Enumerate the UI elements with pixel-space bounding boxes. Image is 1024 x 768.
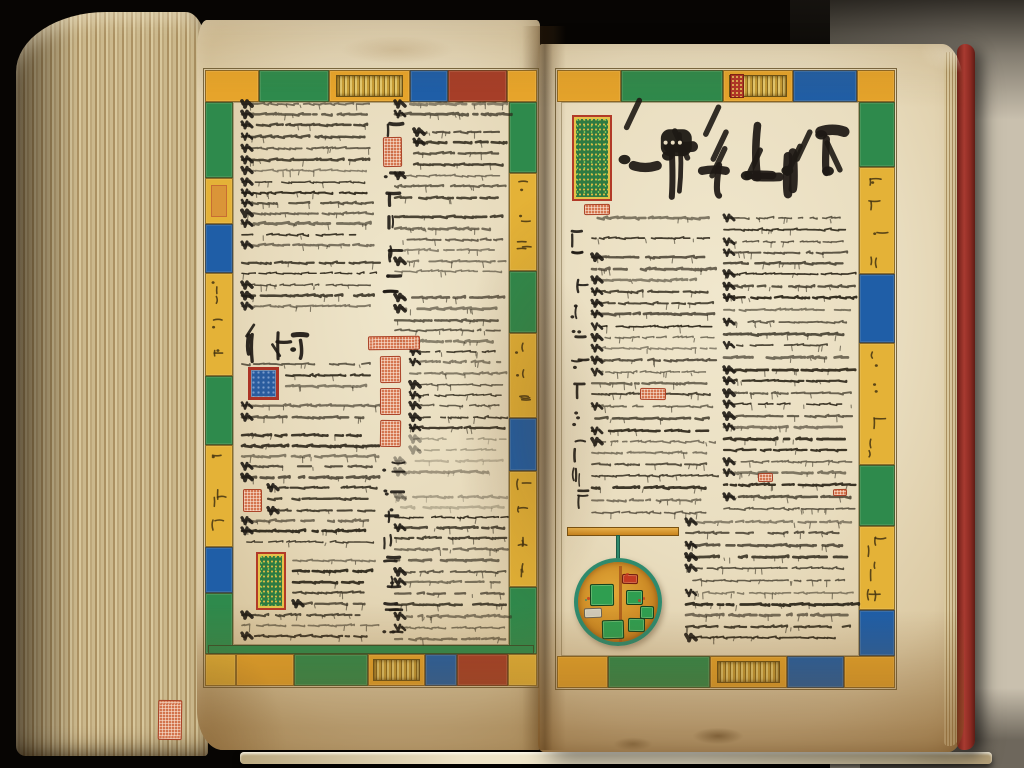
text-column-left (584, 210, 722, 524)
diagram-speck (587, 597, 590, 600)
text-column-right (387, 96, 515, 650)
diagram-figure-block-green (628, 618, 645, 632)
margin-glyphs (570, 218, 586, 514)
red-seal-stamp (380, 420, 401, 447)
divider-calligraphy-lower (381, 458, 401, 643)
header-calligraphy (244, 320, 312, 360)
diagram-speck (638, 599, 641, 602)
text-column-bottom-block (678, 514, 862, 656)
red-seal-stamp (383, 137, 402, 167)
inline-red-seal (833, 489, 847, 496)
diagram-figure-block-green (626, 590, 643, 605)
diagram-hanger-bar (567, 527, 679, 536)
diagram-figure-block-green (590, 584, 614, 606)
red-seal-stamp (380, 388, 401, 415)
diagram-figure-block-gray (584, 608, 602, 619)
ornate-gold-green-panel (256, 552, 286, 610)
text-column-right (716, 210, 862, 524)
diagram-figure-block-red (622, 574, 638, 584)
title-calligraphy (618, 110, 856, 206)
diagram-hanger-stem (616, 535, 620, 560)
red-seal-stamp (380, 356, 401, 383)
red-bar-seal (368, 336, 420, 351)
ornate-gold-green-panel-large (572, 115, 612, 201)
inline-red-seal (640, 388, 666, 400)
diagram-speck (643, 597, 646, 600)
diagram-figure-block-green (602, 620, 624, 640)
illuminated-blue-block (248, 367, 279, 400)
red-seal-stamp (243, 489, 262, 512)
circular-diagram (574, 558, 662, 646)
margin-red-seal (158, 700, 183, 740)
red-seal-small (584, 204, 610, 215)
inline-red-seal (758, 473, 773, 482)
manuscript-content-layer (0, 0, 1024, 768)
diagram-speck (626, 573, 629, 576)
photograph-open-manuscript-book (0, 0, 1024, 768)
